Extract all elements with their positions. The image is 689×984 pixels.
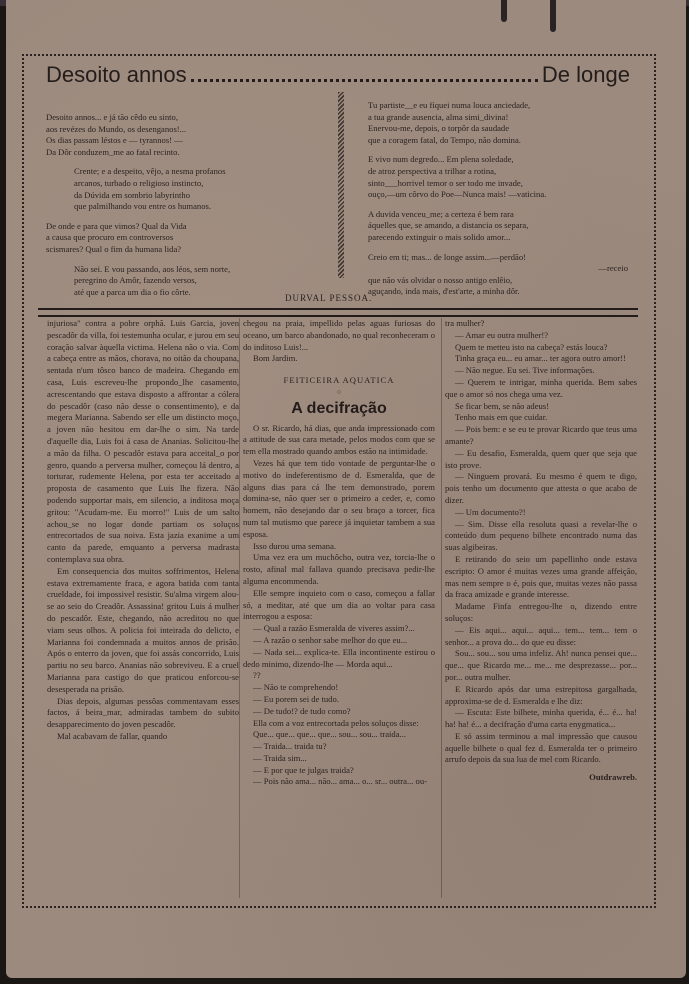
paragraph: — Ninguem provará. Eu mesmo é quem te di…: [445, 471, 637, 506]
paragraph: Vezes há que tem tido vontade de pergunt…: [243, 458, 435, 541]
stanza: Não sei. E vou passando, aos léos, sem n…: [46, 264, 230, 299]
stanza: E vivo num degredo... Em plena soledade,…: [368, 154, 628, 200]
verse-line: sinto___horrivel temor o ser todo me inv…: [368, 178, 628, 190]
verse-line: Enervou-me, depois, o torpôr da saudade: [368, 123, 628, 135]
paragraph: — Eu porem sei de tudo.: [243, 694, 435, 706]
leader-dots: [191, 79, 538, 82]
paragraph: O sr. Ricardo, há dias, que anda impress…: [243, 423, 435, 458]
left-poem-title: Desoito annos: [46, 62, 187, 88]
verse-line: até que a parca um dia o fio côrte.: [74, 287, 230, 299]
paragraph: — Sim. Disse ella resoluta quasi a revel…: [445, 519, 637, 554]
paragraph: Uma vez era um muchôcho, outra vez, torc…: [243, 552, 435, 587]
paragraph: Em consequencia dos muitos soffrimentos,…: [47, 566, 239, 696]
verse-line: —receio: [368, 263, 628, 275]
paragraph: Tinha graça eu... eu amar... ter agora o…: [445, 353, 637, 365]
stanza: Desoito annos... e já tão cêdo eu sinto,…: [46, 112, 230, 158]
verse-line: Creio em ti; mas... de longe assim...—pe…: [368, 252, 628, 264]
verse-line: que a coragem fatal, do Tempo, não domin…: [368, 135, 628, 147]
verse-line: aos revézes do Mundo, os desenganos!...: [46, 124, 230, 136]
series-title: FEITICEIRA AQUATICA: [243, 375, 435, 387]
poem-header: Desoito annos De longe: [46, 62, 630, 94]
paragraph: Mal acabavam de fallar, quando: [47, 731, 239, 743]
verse-line: ouço,—um côrvo do Poe—Nunca mais! —vatic…: [368, 189, 628, 201]
paragraph: Isso durou uma semana.: [243, 541, 435, 553]
verse-line: A duvida venceu_me; a certeza é bem rara: [368, 209, 628, 221]
paragraph: — Traida sim...: [243, 753, 435, 765]
story1-ending: chegou na praia, impellido pelas aguas f…: [243, 318, 435, 353]
story-column-2: chegou na praia, impellido pelas aguas f…: [243, 318, 435, 788]
verse-line: que não vás olvidar o nosso antigo enlêi…: [368, 275, 628, 287]
story1-author: Bom Jardim.: [243, 353, 435, 365]
verse-line: de atroz perspectiva a trilhar a rotina,: [368, 166, 628, 178]
paragraph: E retirando do seio um papellinho onde e…: [445, 554, 637, 601]
paragraph: — Um documento?!: [445, 507, 637, 519]
verse-line: Não sei. E vou passando, aos léos, sem n…: [74, 264, 230, 276]
stanza: A duvida venceu_me; a certeza é bem rara…: [368, 209, 628, 244]
verse-line: Os dias passam léstos e — tyrannos! —: [46, 135, 230, 147]
article-title: A decifração: [243, 403, 435, 415]
paragraph: — Amar eu outra mulher!?: [445, 330, 637, 342]
zigzag-divider: [338, 92, 344, 278]
paragraph: Dias depois, algumas pessôas commentavam…: [47, 696, 239, 731]
verse-line: da Dúvida em sombrio labyrintho: [74, 190, 230, 202]
poem-desoito-annos: Desoito annos... e já tão cêdo eu sinto,…: [46, 112, 230, 306]
verse-line: a causa que procuro em controversos: [46, 232, 230, 244]
verse-line: De onde e para que vimos? Qual da Vida: [46, 221, 230, 233]
paragraph: — Eu desafio, Esmeralda, quem quer que s…: [445, 448, 637, 472]
paragraph: — Traida... traida tu?: [243, 741, 435, 753]
paragraph: — Pois bem: e se eu te provar Ricardo qu…: [445, 424, 637, 448]
verse-line: aguçando, inda mais, d'est'arte, a minha…: [368, 286, 628, 298]
poem-signature: DURVAL PESSOA.: [285, 293, 372, 303]
stanza: Crente; e a despeito, vêjo, a nesma prof…: [46, 166, 230, 212]
paragraph: Quem te metteu isto na cabeça? estás lou…: [445, 342, 637, 354]
paragraph: Ella com a voz entrecortada pelos soluço…: [243, 718, 435, 730]
paragraph: E Ricardo após dar uma estrepitosa garga…: [445, 684, 637, 708]
paragraph: — Escuta: Este bilhete, minha querida, é…: [445, 707, 637, 731]
stanza: Tu partiste__e eu fiquei numa louca anci…: [368, 100, 628, 146]
paragraph: — De tudo!? de tudo como?: [243, 706, 435, 718]
story2-author: Outdrawreb.: [445, 772, 637, 784]
verse-line: Tu partiste__e eu fiquei numa louca anci…: [368, 100, 628, 112]
binding-mark: [550, 0, 556, 32]
paragraph: — Não negue. Eu sei. Tive informações.: [445, 365, 637, 377]
verse-line: scismares? Qual o fim da humana lida?: [46, 244, 230, 256]
binding-mark: [501, 0, 507, 22]
paragraph: injuriosa" contra a pobre orphã. Luis Ga…: [47, 318, 239, 566]
paragraph: — Pois não ama... não... ama... o... sr.…: [243, 776, 435, 788]
verse-line: peregrino do Amôr, fazendo versos,: [74, 275, 230, 287]
verse-line: que palmilhando vou entre os humanos.: [74, 201, 230, 213]
verse-line: parecendo extinguir o mais solido amor..…: [368, 232, 628, 244]
stanza: De onde e para que vimos? Qual da Vidaa …: [46, 221, 230, 256]
story-column-1: injuriosa" contra a pobre orphã. Luis Ga…: [47, 318, 239, 743]
paragraph: Madame Finfa entregou-lhe o, dizendo ent…: [445, 601, 637, 625]
verse-line: E vivo num degredo... Em plena soledade,: [368, 154, 628, 166]
column-separator: [239, 318, 240, 898]
paragraph: E só assim terminou a mal impressão que …: [445, 731, 637, 766]
column-separator: [441, 318, 442, 898]
paragraph: — Querem te intrigar, minha querida. Bem…: [445, 377, 637, 401]
paragraph: Que... que... que... que... sou... sou..…: [243, 729, 435, 741]
stanza: Creio em ti; mas... de longe assim...—pe…: [368, 252, 628, 298]
paragraph: — A razão o senhor sabe melhor do que eu…: [243, 635, 435, 647]
paragraph: Elle sempre inquieto com o caso, começou…: [243, 588, 435, 623]
verse-line: arcanos, turbado o religioso instincto,: [74, 178, 230, 190]
verse-line: a tua grande ausencia, alma simi_divina!: [368, 112, 628, 124]
ornament: ○: [243, 387, 435, 399]
verse-line: Crente; e a despeito, vêjo, a nesma prof…: [74, 166, 230, 178]
poem-de-longe: Tu partiste__e eu fiquei numa louca anci…: [368, 100, 628, 306]
paragraph: — Não te comprehendo!: [243, 682, 435, 694]
paragraph: Se ficar bem, se não adeus!: [445, 401, 637, 413]
right-poem-title: De longe: [542, 62, 630, 88]
double-rule: [38, 308, 638, 317]
paragraph: ??: [243, 670, 435, 682]
paragraph: — Qual a razão Esmeralda de viveres assi…: [243, 623, 435, 635]
paragraph: Sou... sou... sou uma infeliz. Ah! nunca…: [445, 648, 637, 683]
paragraph: Tenho mais em que cuidar.: [445, 412, 637, 424]
paragraph: tra mulher?: [445, 318, 637, 330]
story-column-3: tra mulher?— Amar eu outra mulher!?Quem …: [445, 318, 637, 784]
verse-line: áquelles que, se amando, a distancia os …: [368, 220, 628, 232]
paragraph: — Eis aqui... aqui... aqui... tem... tem…: [445, 625, 637, 649]
verse-line: Da Dôr conduzem_me ao fatal recinto.: [46, 147, 230, 159]
paragraph: — Nada sei... explica-te. Ella incontine…: [243, 647, 435, 671]
paragraph: — E por que te julgas traida?: [243, 765, 435, 777]
verse-line: Desoito annos... e já tão cêdo eu sinto,: [46, 112, 230, 124]
